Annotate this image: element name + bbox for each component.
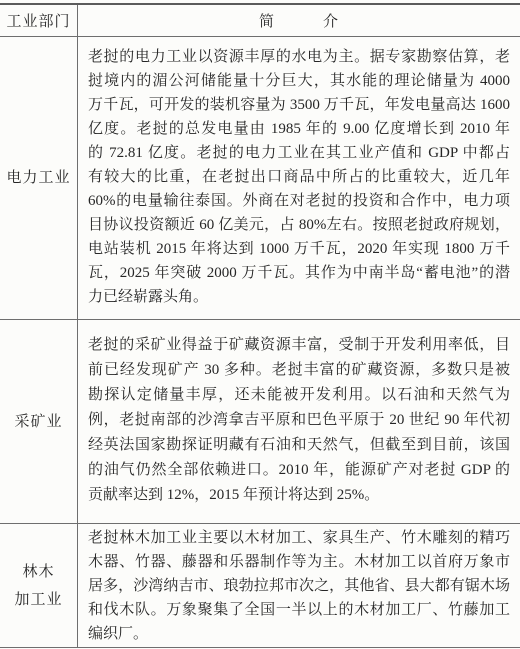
industry-table: 工业部门 简 介 电力工业 老挝的电力工业以资源丰厚的水电为主。据专家勘察估算，… (0, 3, 520, 648)
intro-text-line: 的油气仍然全部依赖进口。2010 年，能源矿产对老挝 GDP 的 (88, 458, 510, 483)
header-sector-cell: 工业部门 (0, 5, 78, 36)
intro-text-line: 勘探认定储量丰厚，还未能被开发利用。以石油和天然气为 (88, 383, 510, 408)
intro-text-line: 有较大的比重，在老挝出口商品中所占的比重较大，近几年 (88, 165, 510, 189)
sector-cell: 林木加工业 (0, 524, 78, 647)
sector-cell: 采矿业 (0, 320, 78, 523)
intro-text-line: 万千瓦，可开发的装机容量为 3500 万千瓦，年发电量高达 1600 (88, 93, 510, 117)
intro-text-line: 60%的电量输往泰国。外商在对老挝的投资和合作中，电力项 (88, 189, 510, 213)
intro-text-line: 老挝的采矿业得益于矿藏资源丰富，受制于开发利用率低，目 (88, 333, 510, 358)
intro-text-line: 编织厂。 (88, 622, 510, 646)
intro-text-line: 老挝的电力工业以资源丰厚的水电为主。据专家勘察估算，老 (88, 45, 510, 69)
intro-cell: 老挝的采矿业得益于矿藏资源丰富，受制于开发利用率低，目前已经发现矿产 30 多种… (78, 320, 520, 523)
table-row: 电力工业 老挝的电力工业以资源丰厚的水电为主。据专家勘察估算，老挝境内的湄公河储… (0, 37, 520, 320)
sector-label: 采矿业 (14, 408, 62, 436)
sector-label: 林木 (22, 558, 54, 586)
table-row: 林木加工业 老挝林木加工业主要以木材加工、家具生产、竹木雕刻的精巧木器、竹器、藤… (0, 524, 520, 648)
intro-text-line: 前已经发现矿产 30 多种。老挝丰富的矿藏资源，多数只是被 (88, 358, 510, 383)
sector-label: 电力工业 (6, 164, 70, 192)
table-row: 采矿业 老挝的采矿业得益于矿藏资源丰富，受制于开发利用率低，目前已经发现矿产 3… (0, 320, 520, 524)
intro-text-line: 的 72.81 亿度。老挝的电力工业在其工业产值和 GDP 中都占 (88, 141, 510, 165)
intro-text-line: 经英法国家勘探证明藏有石油和天然气，但截至到目前，该国 (88, 433, 510, 458)
document-page: 工业部门 简 介 电力工业 老挝的电力工业以资源丰厚的水电为主。据专家勘察估算，… (0, 0, 520, 649)
sector-label: 加工业 (14, 586, 62, 614)
table-header-row: 工业部门 简 介 (0, 5, 520, 37)
intro-text-line: 电站装机 2015 年将达到 1000 万千瓦，2020 年实现 1800 万千 (88, 237, 510, 261)
intro-text-line: 目协议投资额近 60 亿美元，占 80%左右。按照老挝政府规划， (88, 213, 510, 237)
table-body: 电力工业 老挝的电力工业以资源丰厚的水电为主。据专家勘察估算，老挝境内的湄公河储… (0, 37, 520, 648)
intro-text-line: 挝境内的湄公河储能量十分巨大，其水能的理论储量为 4000 (88, 69, 510, 93)
intro-text-line: 和伐木队。万象聚集了全国一半以上的木材加工厂、竹藤加工 (88, 598, 510, 622)
intro-text-line: 木器、竹器、藤器和乐器制作等为主。木材加工以首府万象市 (88, 550, 510, 574)
intro-text-line: 贡献率达到 12%，2015 年预计将达到 25%。 (88, 483, 510, 508)
sector-cell: 电力工业 (0, 37, 78, 319)
intro-text-line: 力已经崭露头角。 (88, 285, 510, 309)
intro-cell: 老挝的电力工业以资源丰厚的水电为主。据专家勘察估算，老挝境内的湄公河储能量十分巨… (78, 37, 520, 319)
intro-text-line: 例，老挝南部的沙湾拿吉平原和巴色平原于 20 世纪 90 年代初 (88, 408, 510, 433)
header-sector-label: 工业部门 (6, 10, 70, 31)
intro-text-line: 居多，沙湾纳吉市、琅勃拉邦市次之，其他省、县大都有锯木场 (88, 574, 510, 598)
header-intro-label: 简 介 (259, 10, 339, 31)
intro-text-line: 瓦，2025 年突破 2000 万千瓦。其作为中南半岛“蓄电池”的潜 (88, 261, 510, 285)
header-intro-cell: 简 介 (78, 5, 520, 36)
intro-cell: 老挝林木加工业主要以木材加工、家具生产、竹木雕刻的精巧木器、竹器、藤器和乐器制作… (78, 524, 520, 647)
intro-text-line: 老挝林木加工业主要以木材加工、家具生产、竹木雕刻的精巧 (88, 526, 510, 550)
intro-text-line: 亿度。老挝的总发电量由 1985 年的 9.00 亿度增长到 2010 年 (88, 117, 510, 141)
